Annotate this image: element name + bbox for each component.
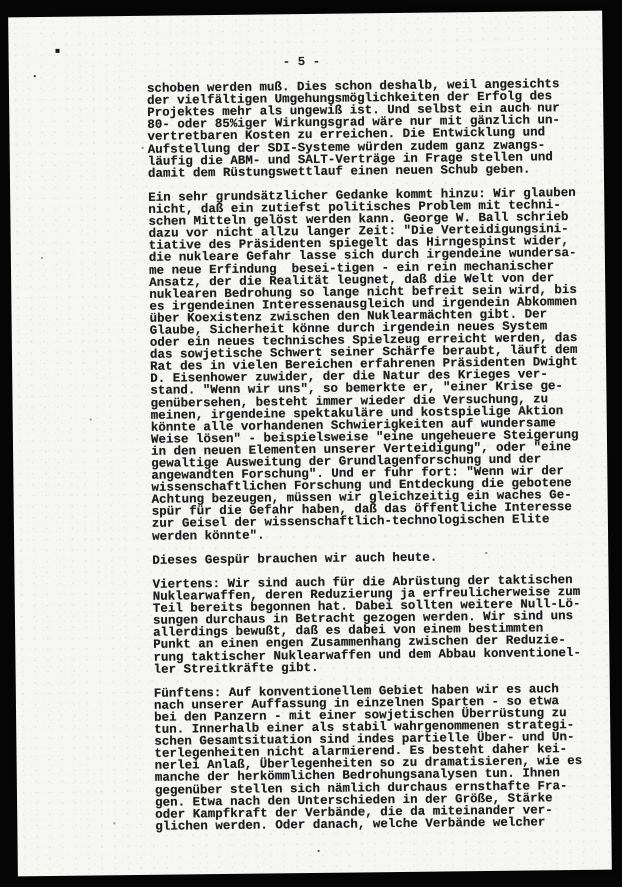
scan-background: - 5 - schoben werden muß. Dies schon des… [0,0,622,887]
page-content: - 5 - schoben werden muß. Dies schon des… [147,53,596,845]
paragraph-continuation-sdi: schoben werden muß. Dies schon deshalb, … [147,78,588,180]
paragraph-grundsaetzlicher-gedanke: Ein sehr grundsätzlicher Gedanke kommt h… [148,187,592,543]
scanned-page: - 5 - schoben werden muß. Dies schon des… [8,11,612,877]
paragraph-viertens: Viertens: Wir sind auch für die Abrüstun… [153,574,594,676]
paragraph-dieses-gespuer: Dieses Gespür brauchen wir auch heute. [152,550,592,567]
page-number: - 5 - [283,53,587,69]
paragraph-fuenftens: Fünftens: Auf konventionellem Gebiet hab… [154,683,596,833]
scan-noise-specks [8,17,10,19]
